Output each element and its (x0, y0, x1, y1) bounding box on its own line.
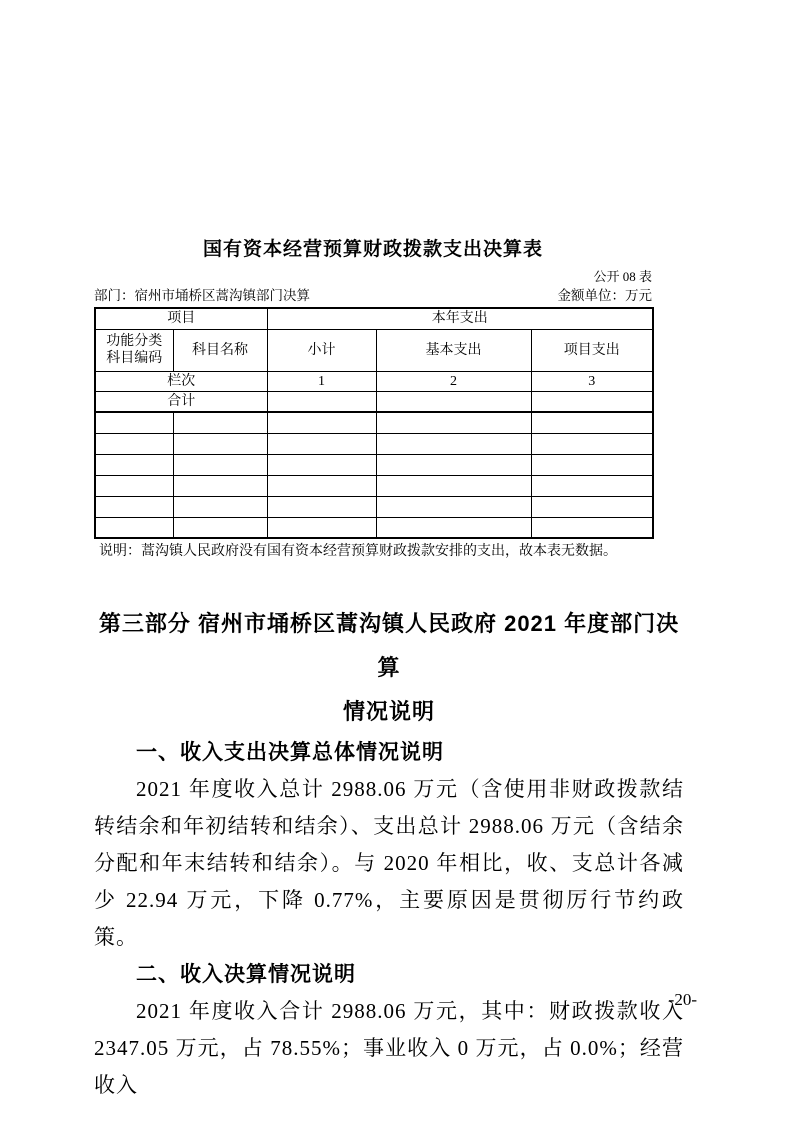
header-subject-name-cell: 科目名称 (173, 329, 267, 371)
column-index-row: 栏次 1 2 3 (95, 371, 653, 391)
table-note: 说明：蒿沟镇人民政府没有国有资本经营预算财政拨款安排的支出，故本表无数据。 (99, 543, 669, 561)
department-label: 部门：宿州市埇桥区蒿沟镇部门决算 (94, 287, 310, 304)
empty-cell (531, 412, 653, 433)
table-title: 国有资本经营预算财政拨款支出决算表 (94, 238, 652, 262)
empty-cell (95, 496, 173, 517)
empty-cell (267, 412, 376, 433)
empty-table-row (95, 517, 653, 538)
empty-cell (173, 412, 267, 433)
empty-cell (173, 475, 267, 496)
table-header-row-1: 项目 本年支出 (95, 308, 653, 329)
table-section: 国有资本经营预算财政拨款支出决算表 公开 08 表 部门：宿州市埇桥区蒿沟镇部门… (94, 238, 652, 539)
empty-cell (531, 454, 653, 475)
empty-cell (267, 433, 376, 454)
section-heading-line1: 第三部分 宿州市埇桥区蒿沟镇人民政府 2021 年度部门决算 (94, 602, 684, 690)
statement-section: 第三部分 宿州市埇桥区蒿沟镇人民政府 2021 年度部门决算 情况说明 一、收入… (94, 602, 684, 1104)
header-year-expenditure-cell: 本年支出 (267, 308, 653, 329)
empty-cell (267, 475, 376, 496)
document-page: 国有资本经营预算财政拨款支出决算表 公开 08 表 部门：宿州市埇桥区蒿沟镇部门… (0, 0, 793, 1122)
empty-cell (267, 496, 376, 517)
empty-cell (531, 517, 653, 538)
empty-cell (95, 433, 173, 454)
column-index-2-cell: 2 (376, 371, 531, 391)
total-basic-cell (376, 391, 531, 412)
table-meta-row: 部门：宿州市埇桥区蒿沟镇部门决算 金额单位：万元 (94, 287, 652, 304)
empty-cell (376, 517, 531, 538)
empty-cell (376, 454, 531, 475)
page-number: -20- (669, 990, 697, 1010)
subheading-income-expenditure-overview: 一、收入支出决算总体情况说明 (94, 734, 684, 771)
column-index-label-cell: 栏次 (95, 371, 267, 391)
total-subtotal-cell (267, 391, 376, 412)
empty-table-row (95, 412, 653, 433)
header-basic-expenditure-cell: 基本支出 (376, 329, 531, 371)
empty-cell (376, 433, 531, 454)
empty-table-row (95, 475, 653, 496)
empty-cell (267, 517, 376, 538)
table-header-row-2: 功能分类 科目编码 科目名称 小计 基本支出 项目支出 (95, 329, 653, 371)
total-row: 合计 (95, 391, 653, 412)
empty-cell (267, 454, 376, 475)
empty-cell (376, 475, 531, 496)
paragraph-income-detail: 2021 年度收入合计 2988.06 万元，其中：财政拨款收入 2347.05… (94, 993, 684, 1104)
empty-cell (531, 496, 653, 517)
total-label-cell: 合计 (95, 391, 267, 412)
empty-cell (173, 454, 267, 475)
total-project-cell (531, 391, 653, 412)
empty-cell (95, 475, 173, 496)
empty-table-row (95, 454, 653, 475)
empty-cell (531, 475, 653, 496)
table-code-label: 公开 08 表 (94, 268, 652, 285)
empty-cell (95, 517, 173, 538)
empty-cell (376, 496, 531, 517)
empty-cell (376, 412, 531, 433)
header-subtotal-cell: 小计 (267, 329, 376, 371)
paragraph-overview: 2021 年度收入总计 2988.06 万元（含使用非财政拨款结转结余和年初结转… (94, 771, 684, 956)
header-project-expenditure-cell: 项目支出 (531, 329, 653, 371)
empty-cell (531, 433, 653, 454)
empty-cell (173, 433, 267, 454)
column-index-3-cell: 3 (531, 371, 653, 391)
section-heading: 第三部分 宿州市埇桥区蒿沟镇人民政府 2021 年度部门决算 情况说明 (94, 602, 684, 734)
empty-cell (95, 454, 173, 475)
empty-table-row (95, 433, 653, 454)
unit-label: 金额单位：万元 (558, 287, 653, 304)
empty-cell (173, 496, 267, 517)
empty-table-row (95, 496, 653, 517)
section-heading-line2: 情况说明 (94, 690, 684, 734)
column-index-1-cell: 1 (267, 371, 376, 391)
expenditure-table: 项目 本年支出 功能分类 科目编码 科目名称 小计 基本支出 项目支出 栏次 1… (94, 307, 654, 539)
header-functional-code-cell: 功能分类 科目编码 (95, 329, 173, 371)
header-item-cell: 项目 (95, 308, 267, 329)
empty-cell (173, 517, 267, 538)
subheading-income-detail: 二、收入决算情况说明 (94, 956, 684, 993)
empty-cell (95, 412, 173, 433)
